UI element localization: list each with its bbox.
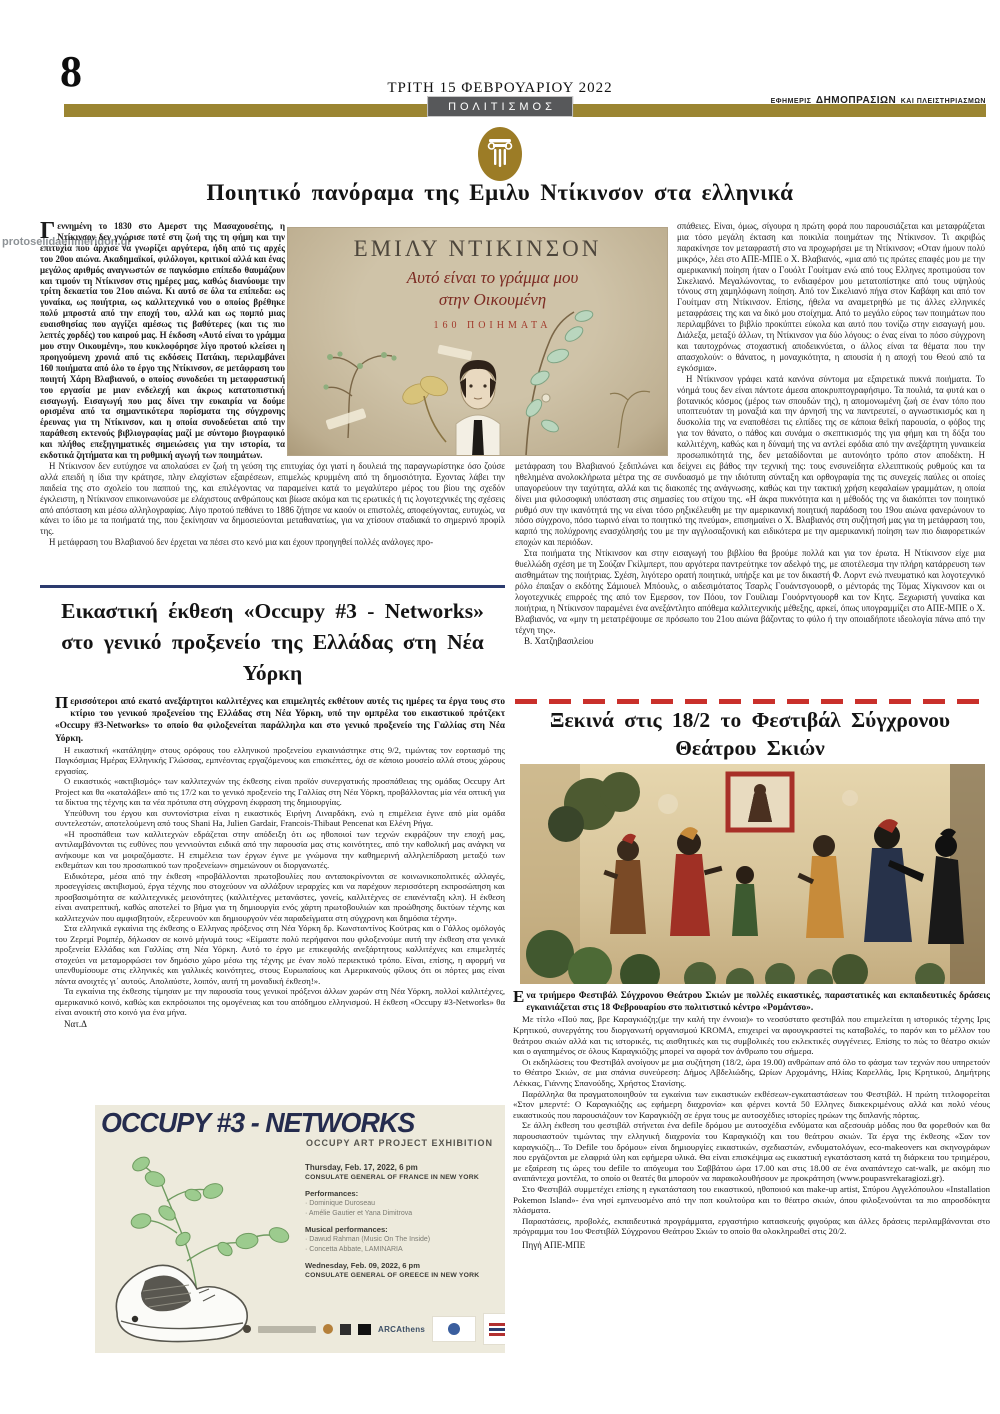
article2-headline: Εικαστική έκθεση «Occupy #3 - Networks» …	[40, 596, 505, 689]
article-divider-rule	[40, 585, 505, 588]
tape-strip	[325, 408, 366, 430]
paragraph: «Η προσπάθεια των καλλιτεχνών εδράζεται …	[55, 829, 505, 871]
dickinson-portrait	[456, 360, 500, 456]
musical-performances-label: Musical performances:	[305, 1225, 495, 1235]
paragraph: Ειδικότερα, μέσα από την έκθεση «προβάλλ…	[55, 871, 505, 924]
article2-byline: Νατ.Δ	[55, 1018, 505, 1030]
sneaker-outline	[116, 1265, 247, 1341]
sponsor-logo	[483, 1313, 505, 1345]
tape-strip	[437, 345, 472, 361]
sponsor-logo	[340, 1324, 351, 1335]
dropcap: Π	[55, 696, 70, 710]
paragraph: Στα ποιήματα της Ντίκινσον και στην εισα…	[515, 548, 985, 635]
performances-label: Performances:	[305, 1189, 495, 1199]
paragraph: Οι εκδηλώσεις του Φεστιβάλ ανοίγουν με μ…	[513, 1057, 990, 1089]
framed-picture	[728, 774, 792, 830]
poster-event-details: Thursday, Feb. 17, 2022, 6 pm CONSULATE …	[305, 1163, 495, 1280]
pressed-branch-right	[523, 309, 594, 456]
shadow-theatre-photo	[520, 764, 985, 984]
musician: · Concetta Abbate, LAMINARIA	[305, 1245, 495, 1255]
arc-athens-logo: ARCAthens	[378, 1325, 425, 1334]
performer: · Dominique Duroseau	[305, 1199, 495, 1209]
paragraph: Ο εικαστικός «ακτιβισμός» των καλλιτεχνώ…	[55, 776, 505, 808]
book-cover-illustration	[288, 228, 668, 456]
sponsor-logo	[358, 1324, 371, 1335]
dropcap: Γ	[40, 221, 57, 241]
article3-source: Πηγή ΑΠΕ-ΜΠΕ	[513, 1240, 990, 1250]
paragraph: Στο Φεστιβάλ συμμετέχει επίσης η εγκατάσ…	[513, 1184, 990, 1216]
paragraph: Υπεύθυνη του έργου και συντονίστρια είνα…	[55, 808, 505, 829]
musician: · Dawud Rahman (Music On The Inside)	[305, 1235, 495, 1245]
article2-lead: Περισσότεροι από εκατό ανεξάρτητοι καλλι…	[55, 696, 505, 745]
event2-date: Wednesday, Feb. 09, 2022, 6 pm	[305, 1261, 495, 1271]
paragraph: Η μετάφραση του Βλαβιανού δεν έρχεται να…	[40, 537, 505, 548]
paragraph: Παραστάσεις, προβολές, εκπαιδευτικά προγ…	[513, 1216, 990, 1237]
paragraph: Με τίτλο «Πού πας, βρε Καραγκιόζη;(με τη…	[513, 1014, 990, 1056]
paragraph: Η εικαστική «κατάληψη» στους ορόφους του…	[55, 745, 505, 777]
sponsor-logo	[432, 1316, 476, 1342]
event1-venue: CONSULATE GENERAL OF FRANCE IN NEW YORK	[305, 1173, 495, 1182]
paragraph: Στα ελληνικά εγκαίνια της έκθεσης ο Ελλη…	[55, 923, 505, 986]
paragraph: Σε άλλη έκθεση του φεστιβάλ στήνεται ένα…	[513, 1120, 990, 1184]
sponsor-logos-strip: ARCAthens	[243, 1317, 505, 1341]
red-dashed-divider	[515, 699, 985, 704]
small-sprig-far-right	[610, 391, 650, 448]
article2-body: Περισσότεροι από εκατό ανεξάρτητοι καλλι…	[55, 696, 505, 1102]
book-cover-image: ΕΜΙΛΥ ΝΤΙΚΙΝΣΟΝ Αυτό είναι το γράμμα μου…	[287, 227, 668, 456]
article1-title: Ποιητικό πανόραμα της Εμιλυ Ντίκινσον στ…	[0, 180, 1000, 206]
yellow-flower	[400, 373, 451, 442]
poster-title: OCCUPY #3 - NETWORKS	[101, 1107, 489, 1139]
sponsor-logo	[258, 1326, 316, 1333]
paragraph: Η Ντίκινσον δεν ευτύχησε να απολαύσει εν…	[40, 461, 505, 537]
paragraph: Τα εγκαίνια της έκθεσης τίμησαν με την π…	[55, 986, 505, 1018]
dropcap: Ε	[513, 990, 526, 1004]
sponsor-logo	[243, 1325, 251, 1333]
article1-byline: Β. Χατζηβασιλείου	[515, 635, 985, 647]
event2-venue: CONSULATE GENERAL OF GREECE IN NEW YORK	[305, 1271, 495, 1280]
newspaper-page: 8 ΤΡΙΤΗ 15 ΦΕΒΡΟΥΑΡΙΟΥ 2022 ΕΦΗΜΕΡΙΣ ΔΗΜ…	[0, 0, 1000, 1414]
sponsor-logo	[323, 1324, 333, 1334]
section-label: ΠΟΛΙΤΙΣΜΟΣ	[427, 96, 573, 117]
article3-lead: Ενα τριήμερο Φεστιβάλ Σύγχρονου Θεάτρου …	[513, 990, 990, 1014]
exhibition-poster: OCCUPY #3 - NETWORKS OCCUPY ART PROJECT …	[95, 1105, 505, 1353]
performer: · Amélie Gautier et Yana Dimitrova	[305, 1209, 495, 1219]
ionic-column-icon	[477, 126, 523, 187]
vine-leaves	[130, 1154, 291, 1258]
article3-headline: Ξεκινά στις 18/2 το Φεστιβάλ Σύγχρονου Θ…	[515, 706, 985, 762]
event1-date: Thursday, Feb. 17, 2022, 6 pm	[305, 1163, 495, 1173]
article3-body: Ενα τριήμερο Φεστιβάλ Σύγχρονου Θεάτρου …	[513, 990, 990, 1364]
paragraph: Παράλληλα θα πραγματοποιηθούν τα εγκαίνι…	[513, 1089, 990, 1121]
